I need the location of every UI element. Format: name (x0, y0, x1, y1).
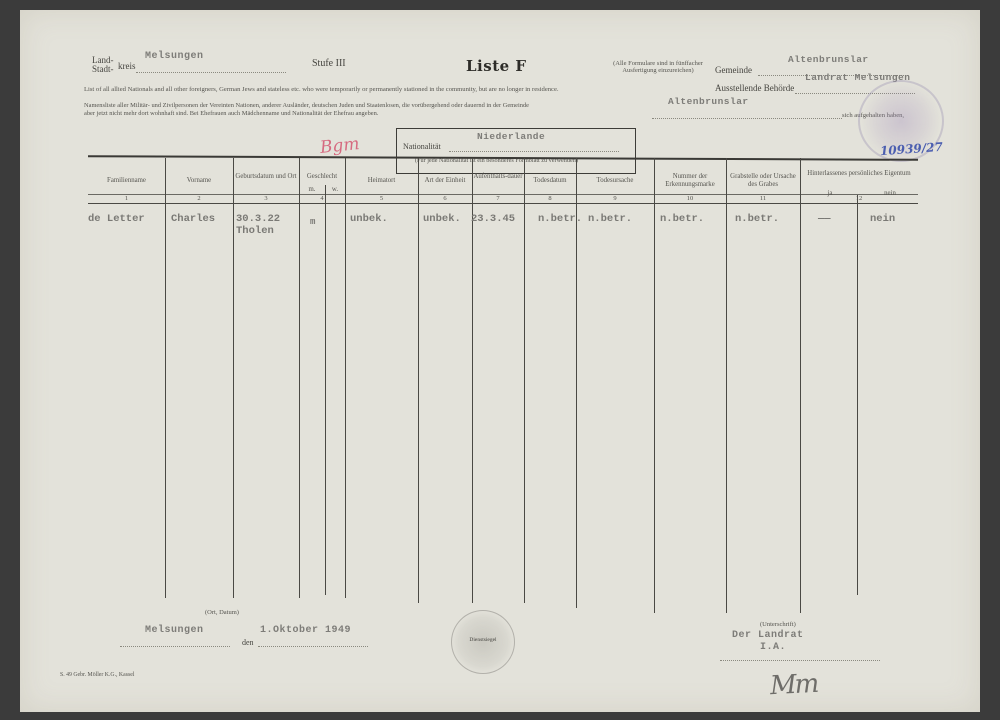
cell-familienname: de Letter (88, 213, 145, 225)
stufe-label: Stufe III (312, 58, 346, 69)
footer-ort: Melsungen (145, 625, 204, 636)
ort-datum-label: (Ort, Datum) (205, 608, 239, 617)
col-divider-sub (325, 185, 326, 595)
col-num: 2 (165, 195, 233, 202)
col-divider (800, 158, 801, 613)
col-divider (233, 158, 234, 598)
printer-note: S. 49 Gebr. Möller K.G., Kassel (60, 671, 134, 680)
signatory-line2: I.A. (760, 642, 786, 653)
unterschrift-label-top: (Unterschrift) (760, 620, 796, 629)
nationality-box: Niederlande Nationalität (Für jede Natio… (396, 128, 636, 174)
cell-heimatort: unbek. (350, 213, 388, 225)
signature-line (720, 660, 880, 661)
col-header-erkennungsmarke: Nummer der Erkennungsmarke (654, 173, 726, 189)
col-header-vorname: Vorname (165, 177, 233, 185)
gemeinde-value: Altenbrunslar (788, 54, 869, 65)
col-header-aufenthalt: Aufenthalts-dauer (472, 173, 524, 181)
col-sub-m: m. (301, 186, 323, 194)
header-bottom-line (88, 203, 918, 204)
kreis-label: kreis (118, 61, 136, 71)
document-page: Land- Stadt- kreis Melsungen Stufe III L… (20, 10, 980, 712)
col-num: 1 (88, 195, 165, 202)
kreis-value: Melsungen (145, 51, 204, 62)
cell-geburtsdatum: 30.3.22 (236, 213, 280, 225)
land-stadt-label: Land- Stadt- (92, 56, 114, 74)
col-divider (165, 158, 166, 598)
cell-todesdatum: n.betr. (538, 213, 582, 225)
cell-todesursache: n.betr. (588, 213, 632, 225)
col-header-einheit: Art der Einheit (418, 177, 472, 185)
col-divider (654, 158, 655, 613)
col-divider (418, 158, 419, 603)
kreis-line (136, 72, 286, 73)
col-num: 8 (524, 195, 576, 202)
gemeinde-line-value: Altenbrunslar (668, 96, 749, 107)
nationality-value: Niederlande (477, 131, 545, 142)
gemeinde-fill-line (652, 118, 842, 119)
col-num: 6 (418, 195, 472, 202)
col-num: 10 (654, 195, 726, 202)
col-num: 9 (576, 195, 654, 202)
intro-german-line2: aber jetzt nicht mehr dort wohnhaft sind… (84, 109, 674, 118)
cell-vorname: Charles (171, 213, 215, 225)
den-label: den (242, 638, 254, 647)
seal-label: Dienstsiegel (452, 637, 514, 643)
col-header-heimatort: Heimatort (345, 177, 418, 185)
nationality-line (449, 151, 619, 152)
col-divider (576, 158, 577, 608)
col-header-todesdatum: Todesdatum (524, 177, 576, 185)
col-num: 3 (233, 195, 299, 202)
col-num: 7 (472, 195, 524, 202)
col-header-todesursache: Todesursache (576, 177, 654, 185)
nationality-label: Nationalität (403, 142, 441, 151)
col-num: 4 (299, 195, 345, 202)
instructions-note: (Alle Formulare sind in fünffacher Ausfe… (603, 60, 713, 74)
ort-line (120, 646, 230, 647)
datum-line (258, 646, 368, 647)
col-divider (299, 158, 300, 598)
behoerde-label: Ausstellende Behörde (715, 83, 794, 93)
col-sub-w: w. (325, 186, 345, 194)
col-header-geburtsdatum: Geburtsdatum und Ort (233, 173, 299, 181)
col-divider-sub (857, 195, 858, 595)
handwritten-mark: Bgm (319, 134, 360, 158)
col-divider (524, 158, 525, 603)
col-num: 11 (726, 195, 800, 202)
col-header-geschlecht: Geschlecht (299, 173, 345, 181)
signatory-line1: Der Landrat (732, 630, 804, 641)
cell-einheit: unbek. (423, 213, 461, 225)
cell-eigentum-nein: nein (870, 213, 895, 225)
col-num: 5 (345, 195, 418, 202)
col-header-familienname: Familienname (88, 177, 165, 185)
cell-eigentum-ja: —— (818, 213, 831, 225)
document-title: Liste F (466, 57, 527, 75)
official-seal: Dienstsiegel (451, 610, 515, 674)
intro-english: List of all allied Nationals and all oth… (84, 85, 684, 94)
col-header-eigentum: Hinterlassenes persönliches Eigentum (800, 170, 918, 178)
footer-datum: 1.Oktober 1949 (260, 625, 351, 636)
stadt-label: Stadt- (92, 65, 114, 74)
col-header-grab: Grabstelle oder Ursache des Grabes (726, 173, 800, 189)
col-divider (726, 158, 727, 613)
col-divider (345, 158, 346, 598)
gemeinde-label: Gemeinde (715, 65, 752, 75)
col-num: 12 (800, 195, 918, 202)
cell-grab: n.betr. (735, 213, 779, 225)
cell-aufenthalt: 23.3.45 (471, 213, 515, 225)
stamp-number: 10939/27 (880, 140, 944, 158)
signature: Mm (769, 669, 818, 701)
cell-geschlecht-m: m (310, 216, 315, 228)
cell-geburtsort: Tholen (236, 225, 274, 237)
cell-erkennungsmarke: n.betr. (660, 213, 704, 225)
